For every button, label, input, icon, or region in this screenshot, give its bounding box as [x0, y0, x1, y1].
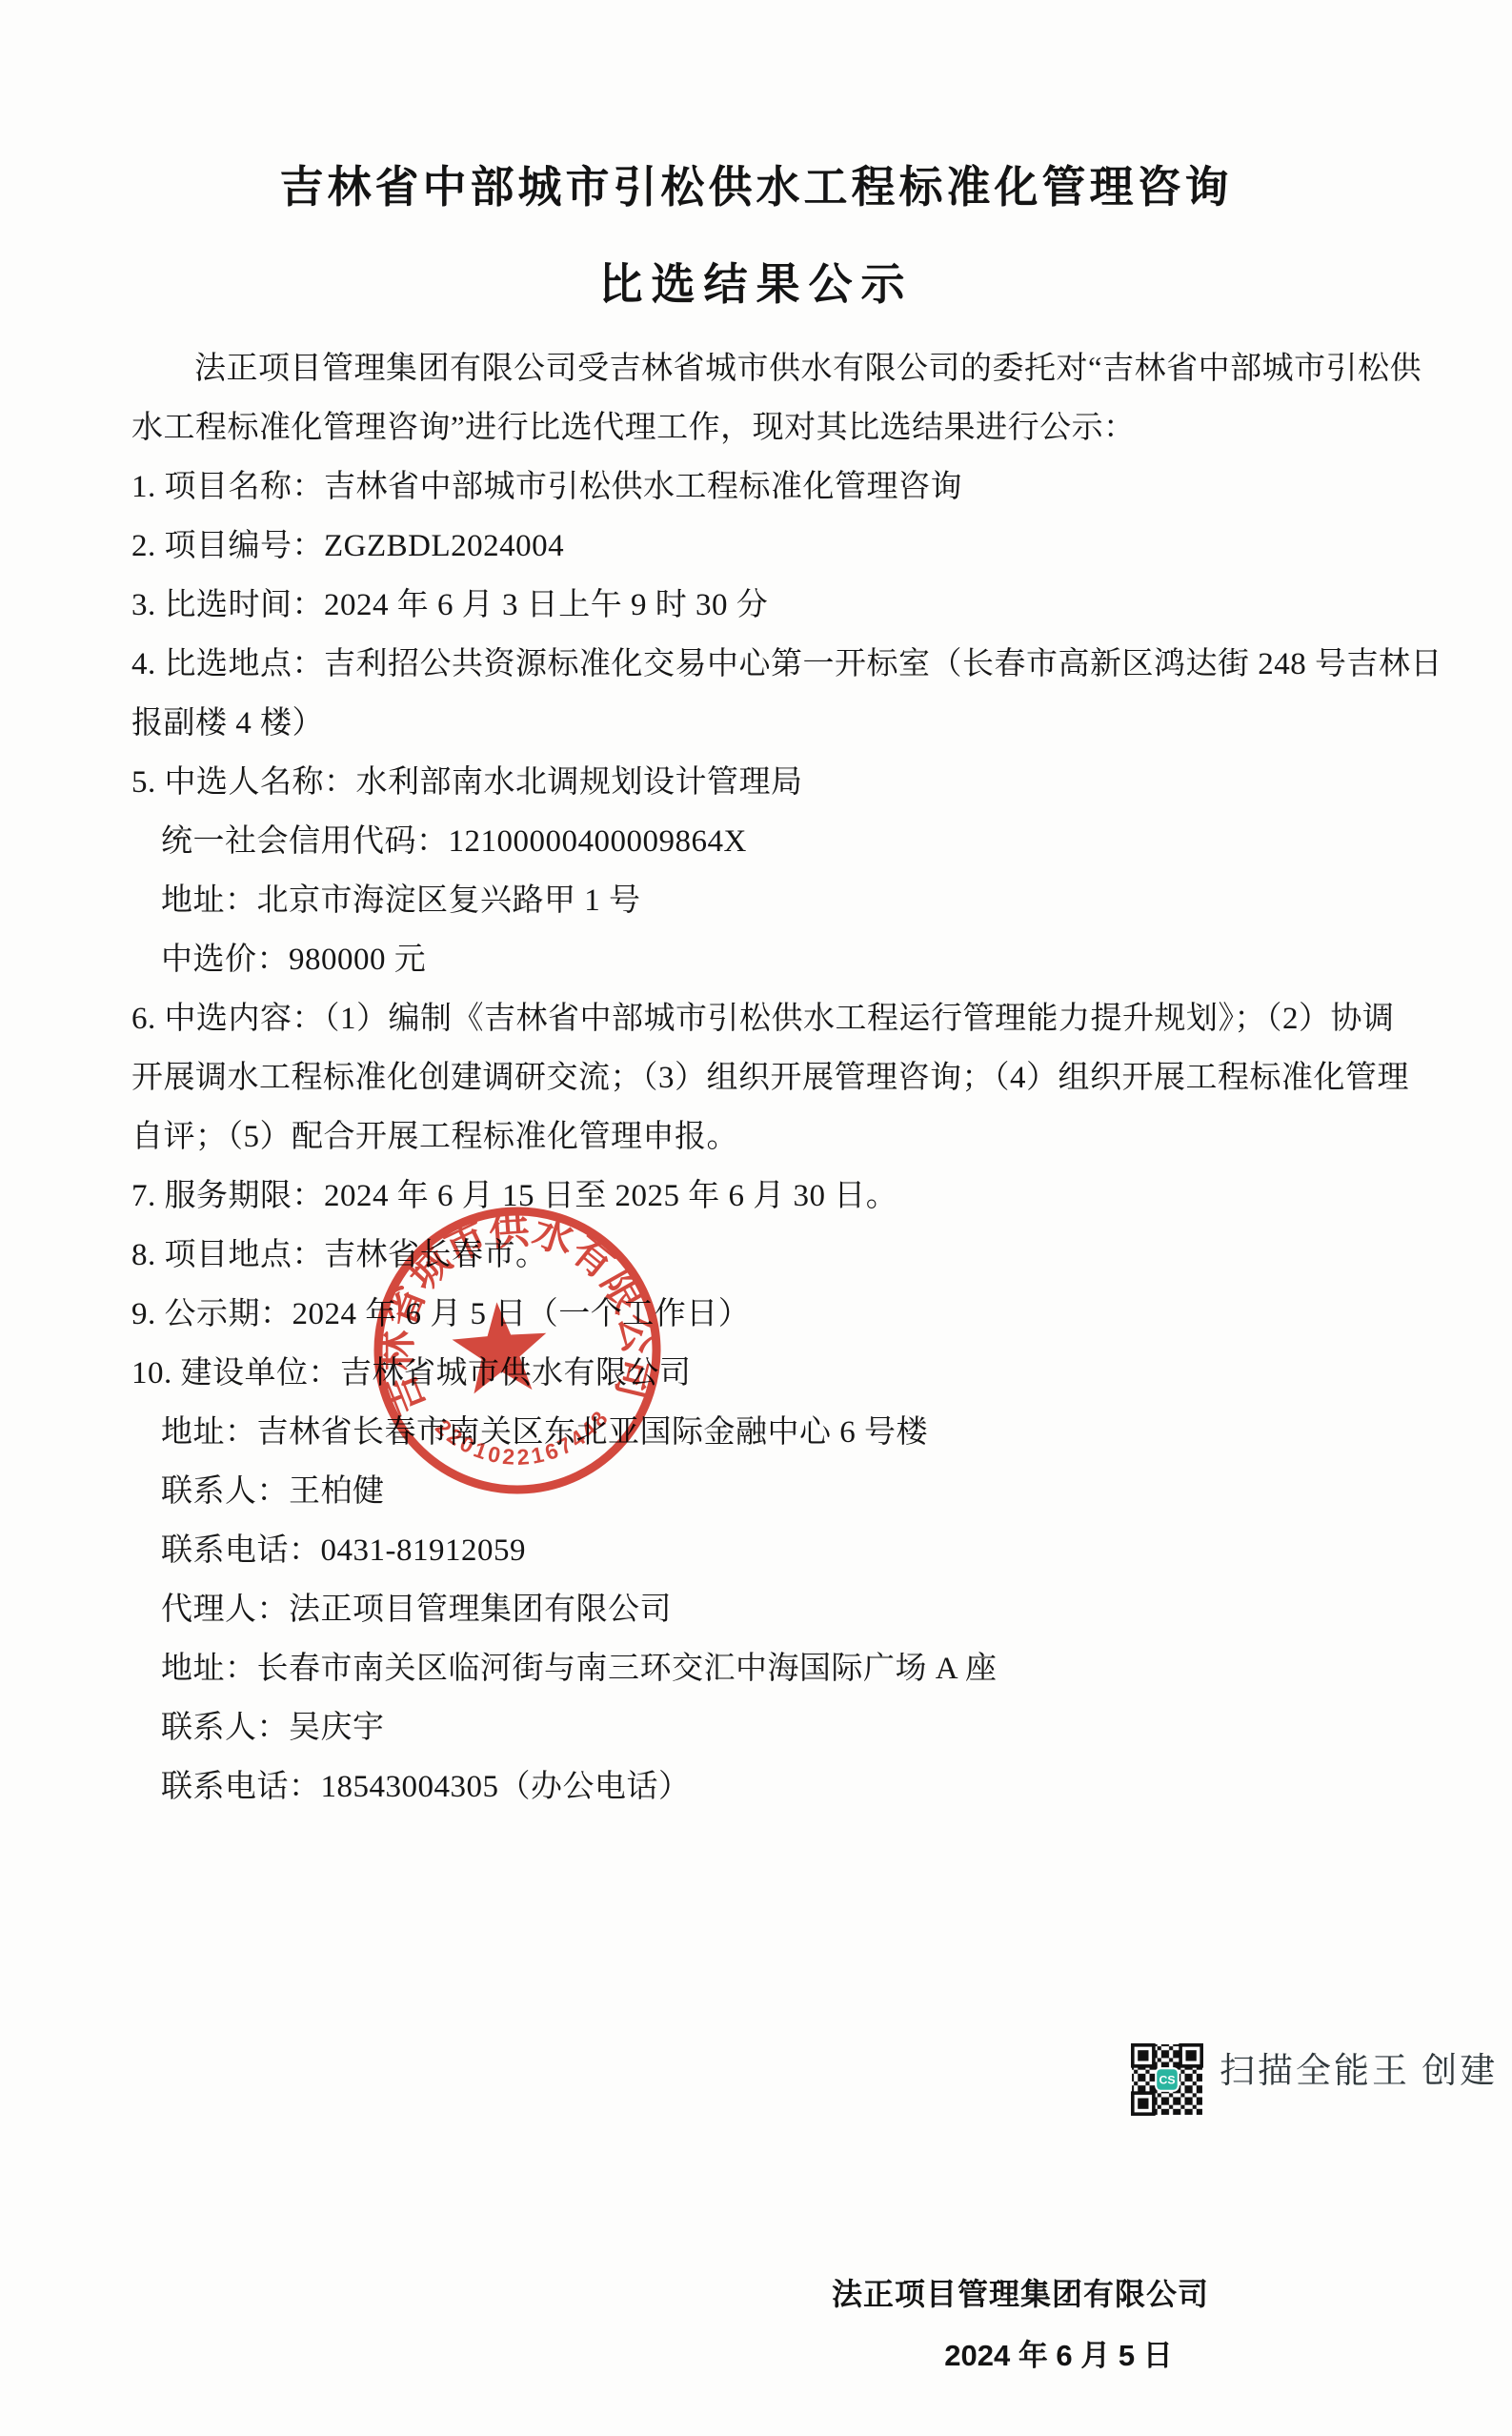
service-period-line: 7. 服务期限：2024 年 6 月 15 日至 2025 年 6 月 30 日…	[131, 1167, 1461, 1226]
camscanner-badge-label: CS	[1159, 2074, 1175, 2087]
agent-phone-line: 联系电话：18543004305（办公电话）	[131, 1757, 1461, 1817]
seal-company-arc-text: 吉林省城市供水有限公司	[364, 1198, 665, 1423]
agent-address-line: 地址：长春市南关区临河街与南三环交汇中海国际广场 A 座	[131, 1639, 1461, 1698]
owner-contact-line: 联系人：王柏健	[131, 1462, 1461, 1521]
winning-price-line: 中选价：980000 元	[131, 930, 1461, 989]
winner-address-line: 地址：北京市海淀区复兴路甲 1 号	[131, 871, 1461, 930]
content-line-2: 开展调水工程标准化创建调研交流；（3）组织开展管理咨询；（4）组织开展工程标准化…	[131, 1048, 1461, 1107]
project-name-line: 1. 项目名称：吉林省中部城市引松供水工程标准化管理咨询	[131, 457, 1461, 517]
scanned-document-page: 吉林省中部城市引松供水工程标准化管理咨询 比选结果公示 法正项目管理集团有限公司…	[0, 0, 1512, 2436]
document-title-line1: 吉林省中部城市引松供水工程标准化管理咨询	[0, 152, 1512, 215]
owner-unit-line: 10. 建设单位：吉林省城市供水有限公司	[131, 1344, 1461, 1403]
owner-address-line: 地址：吉林省长春市南关区东北亚国际金融中心 6 号楼	[131, 1403, 1461, 1462]
qr-finder-bottom-left	[1131, 2091, 1156, 2116]
winner-name-line: 5. 中选人名称：水利部南水北调规划设计管理局	[131, 753, 1461, 812]
content-line-3: 自评；（5）配合开展工程标准化管理申报。	[131, 1107, 1461, 1167]
selection-time-line: 3. 比选时间：2024 年 6 月 3 日上午 9 时 30 分	[131, 576, 1461, 635]
official-seal: 吉林省城市供水有限公司 2201022167448	[360, 1193, 675, 1508]
seal-star-icon	[450, 1299, 550, 1395]
qr-finder-top-left	[1131, 2043, 1156, 2068]
project-code-line: 2. 项目编号：ZGZBDL2024004	[131, 517, 1461, 576]
agent-contact-line: 联系人：吴庆宇	[131, 1698, 1461, 1757]
owner-phone-line: 联系电话：0431-81912059	[131, 1521, 1461, 1580]
selection-place-wrap: 报副楼 4 楼）	[131, 694, 1461, 753]
project-location-line: 8. 项目地点：吉林省长春市。	[131, 1226, 1461, 1285]
qr-finder-top-right	[1179, 2043, 1203, 2068]
qr-code-icon: CS	[1130, 2042, 1204, 2117]
credit-code-line: 统一社会信用代码：12100000400009864X	[131, 812, 1461, 871]
agent-unit-line: 代理人：法正项目管理集团有限公司	[131, 1580, 1461, 1639]
selection-place-line: 4. 比选地点：吉利招公共资源标准化交易中心第一开标室（长春市高新区鸿达街 24…	[131, 635, 1461, 694]
intro-line-2: 水工程标准化管理咨询”进行比选代理工作，现对其比选结果进行公示：	[131, 398, 1461, 457]
footer-company-name: 法正项目管理集团有限公司	[832, 2270, 1209, 2314]
document-body: 法正项目管理集团有限公司受吉林省城市供水有限公司的委托对“吉林省中部城市引松供 …	[131, 339, 1461, 1817]
footer-date: 2024 年 6 月 5 日	[944, 2331, 1173, 2374]
scanner-caption: 扫描全能王 创建	[1220, 2049, 1498, 2095]
publicity-period-line: 9. 公示期：2024 年 6 月 5 日（一个工作日）	[131, 1285, 1461, 1344]
document-title-line2: 比选结果公示	[0, 250, 1512, 313]
intro-line-1: 法正项目管理集团有限公司受吉林省城市供水有限公司的委托对“吉林省中部城市引松供	[131, 339, 1461, 398]
content-line-1: 6. 中选内容：（1）编制《吉林省中部城市引松供水工程运行管理能力提升规划》；（…	[131, 989, 1461, 1048]
